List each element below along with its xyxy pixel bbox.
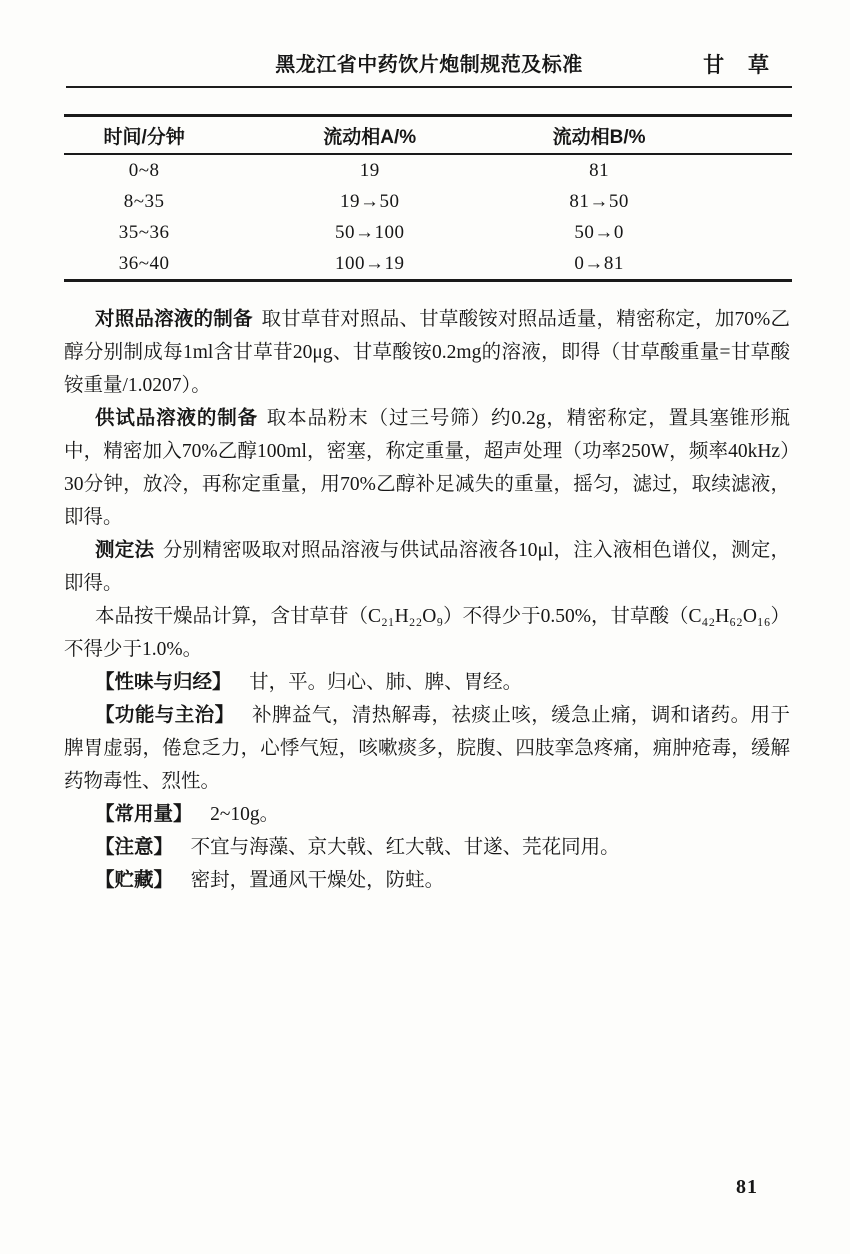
cell-phase-b: 50→0 — [515, 217, 682, 248]
header-divider — [66, 86, 792, 88]
cell-phase-a: 19 — [224, 154, 515, 186]
paragraph-functions-indications: 【功能与主治】补脾益气，清热解毒，祛痰止咳，缓急止痛，调和诸药。用于脾胃虚弱，倦… — [64, 699, 790, 798]
column-header-phase-b: 流动相B/% — [515, 116, 682, 155]
paragraph-text: 本品按干燥品计算，含甘草苷（C₂₁H₂₂O₉）不得少于0.50%，甘草酸（C₄₂… — [64, 606, 790, 660]
cell-phase-a: 50→100 — [224, 217, 515, 248]
paragraph-lead: 【功能与主治】 — [95, 704, 235, 726]
document-page: 黑龙江省中药饮片炮制规范及标准 甘 草 时间/分钟 流动相A/% 流动相B/% … — [0, 0, 850, 1254]
page-header: 黑龙江省中药饮片炮制规范及标准 甘 草 — [66, 48, 792, 80]
table-row: 35~36 50→100 50→0 — [64, 217, 792, 248]
table-header-row: 时间/分钟 流动相A/% 流动相B/% — [64, 116, 792, 155]
paragraph-content-limits: 本品按干燥品计算，含甘草苷（C₂₁H₂₂O₉）不得少于0.50%，甘草酸（C₄₂… — [64, 600, 790, 666]
paragraph-lead: 【注意】 — [95, 836, 173, 858]
paragraph-test-solution: 供试品溶液的制备取本品粉末（过三号筛）约0.2g，精密称定，置具塞锥形瓶中，精密… — [64, 402, 790, 534]
gradient-elution-table: 时间/分钟 流动相A/% 流动相B/% 0~8 19 81 8~35 19→50… — [64, 114, 792, 282]
paragraph-text: 甘，平。归心、肺、脾、胃经。 — [249, 672, 522, 693]
paragraph-text: 密封，置通风干燥处，防蛀。 — [191, 870, 445, 891]
paragraph-text: 分别精密吸取对照品溶液与供试品溶液各10μl，注入液相色谱仪，测定，即得。 — [64, 540, 790, 594]
column-header-phase-a: 流动相A/% — [224, 116, 515, 155]
monograph-body: 对照品溶液的制备取甘草苷对照品、甘草酸铵对照品适量，精密称定，加70%乙醇分别制… — [64, 303, 790, 897]
paragraph-caution: 【注意】不宜与海藻、京大戟、红大戟、甘遂、芫花同用。 — [64, 831, 790, 864]
paragraph-text: 2~10g。 — [210, 804, 279, 825]
cell-phase-b: 81 — [515, 154, 682, 186]
cell-phase-a: 19→50 — [224, 186, 515, 217]
paragraph-lead: 测定法 — [95, 539, 154, 561]
table-row: 36~40 100→19 0→81 — [64, 248, 792, 281]
paragraph-lead: 【常用量】 — [95, 803, 193, 825]
column-header-filler — [683, 116, 792, 155]
cell-time: 8~35 — [64, 186, 224, 217]
table-row: 8~35 19→50 81→50 — [64, 186, 792, 217]
paragraph-reference-solution: 对照品溶液的制备取甘草苷对照品、甘草酸铵对照品适量，精密称定，加70%乙醇分别制… — [64, 303, 790, 402]
page-number: 81 — [736, 1176, 758, 1199]
paragraph-lead: 供试品溶液的制备 — [95, 407, 258, 429]
column-header-time: 时间/分钟 — [64, 116, 224, 155]
paragraph-lead: 对照品溶液的制备 — [95, 308, 253, 330]
cell-phase-a: 100→19 — [224, 248, 515, 281]
paragraph-common-dosage: 【常用量】2~10g。 — [64, 798, 790, 831]
paragraph-lead: 【性味与归经】 — [95, 671, 232, 693]
cell-time: 0~8 — [64, 154, 224, 186]
cell-phase-b: 0→81 — [515, 248, 682, 281]
cell-phase-b: 81→50 — [515, 186, 682, 217]
monograph-name: 甘 草 — [703, 49, 778, 79]
table-row: 0~8 19 81 — [64, 154, 792, 186]
document-title: 黑龙江省中药饮片炮制规范及标准 — [66, 48, 792, 77]
cell-time: 36~40 — [64, 248, 224, 281]
paragraph-assay-method: 测定法分别精密吸取对照品溶液与供试品溶液各10μl，注入液相色谱仪，测定，即得。 — [64, 534, 790, 600]
paragraph-property-meridian: 【性味与归经】甘，平。归心、肺、脾、胃经。 — [64, 666, 790, 699]
cell-time: 35~36 — [64, 217, 224, 248]
paragraph-storage: 【贮藏】密封，置通风干燥处，防蛀。 — [64, 864, 790, 897]
paragraph-lead: 【贮藏】 — [95, 869, 173, 891]
paragraph-text: 不宜与海藻、京大戟、红大戟、甘遂、芫花同用。 — [191, 837, 620, 858]
